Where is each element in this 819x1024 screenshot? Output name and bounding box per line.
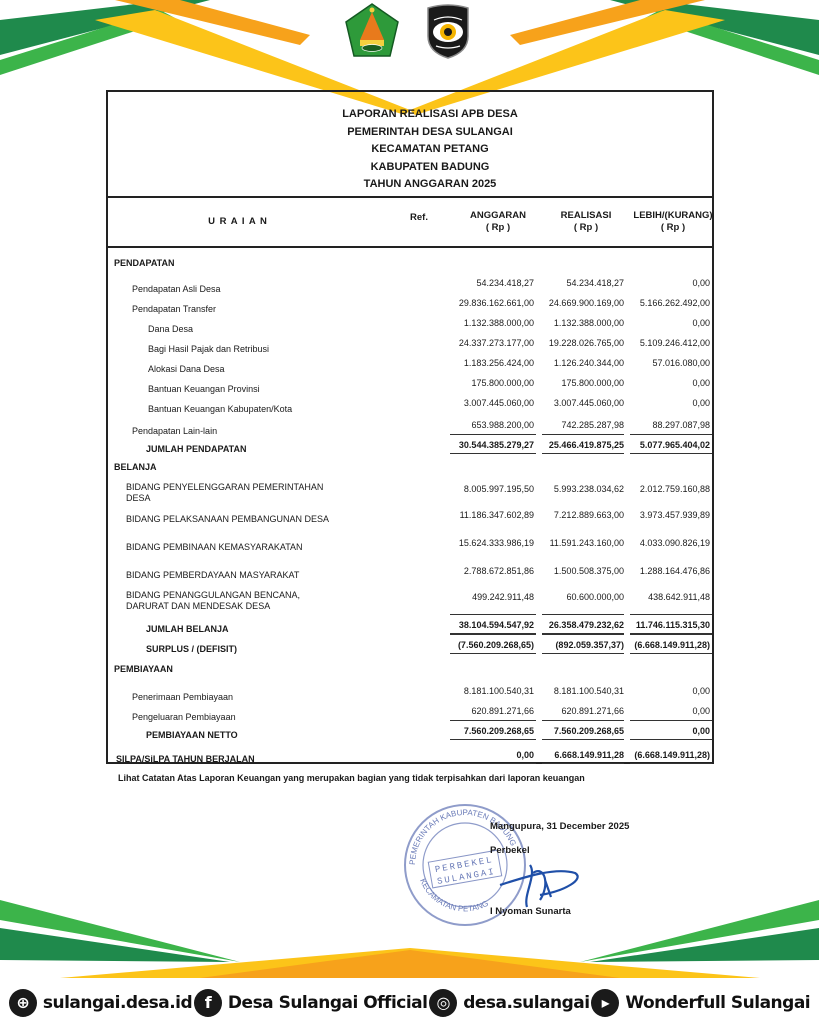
row-label: JUMLAH PENDAPATAN (146, 444, 247, 455)
col-header-anggaran: ANGGARAN ( Rp ) (458, 210, 538, 234)
cell-anggaran: 620.891.271,66 (471, 706, 534, 716)
social-website[interactable]: ⊕ sulangai.desa.id (9, 989, 192, 1017)
col-header-selisih-label: LEBIH/(KURANG) (630, 210, 716, 222)
cell-realisasi: 1.132.388.000,00 (554, 318, 624, 328)
cell-selisih: 3.973.457.939,89 (640, 510, 710, 520)
cell-anggaran: 24.337.273.177,00 (459, 338, 534, 348)
report-table: LAPORAN REALISASI APB DESA PEMERINTAH DE… (106, 90, 714, 764)
report-title: LAPORAN REALISASI APB DESA PEMERINTAH DE… (108, 106, 712, 194)
cell-anggaran: 2.788.672.851,86 (464, 566, 534, 576)
total-underline (542, 653, 624, 654)
bottom-decorative-banner (0, 900, 819, 980)
col-header-realisasi: REALISASI ( Rp ) (546, 210, 626, 234)
total-underline (542, 739, 624, 740)
cell-realisasi: 7.560.209.268,65 (554, 726, 624, 736)
col-header-anggaran-unit: ( Rp ) (458, 222, 538, 234)
cell-selisih: 438.642.911,48 (648, 592, 710, 602)
cell-anggaran: 8.005.997.195,50 (464, 484, 534, 494)
col-header-ref: Ref. (404, 212, 434, 224)
total-underline (630, 720, 712, 721)
instagram-icon: ◎ (429, 989, 457, 1017)
cell-selisih: 0,00 (692, 278, 710, 288)
cell-selisih: 1.288.164.476,86 (640, 566, 710, 576)
total-underline (450, 634, 536, 635)
row-label: SILPA/SiLPA TAHUN BERJALAN (116, 754, 255, 765)
total-underline (630, 614, 712, 615)
header-logos (344, 2, 476, 60)
cell-selisih: 0,00 (692, 706, 710, 716)
cell-selisih: 5.077.965.404,02 (640, 440, 710, 450)
cell-realisasi: 620.891.271,66 (561, 706, 624, 716)
cell-realisasi: 24.669.900.169,00 (549, 298, 624, 308)
row-label: Bagi Hasil Pajak dan Retribusi (148, 344, 269, 355)
row-label: Pendapatan Transfer (132, 304, 216, 315)
title-line-2: PEMERINTAH DESA SULANGAI (108, 124, 712, 142)
col-header-anggaran-label: ANGGARAN (458, 210, 538, 222)
social-instagram-label: desa.sulangai (463, 993, 589, 1013)
row-label: BIDANG PEMBINAAN KEMASYARAKATAN (126, 542, 303, 553)
col-header-selisih: LEBIH/(KURANG) ( Rp ) (630, 210, 716, 234)
row-label: PEMBIAYAAN (114, 664, 173, 675)
kabupaten-badung-logo (344, 2, 400, 60)
cell-realisasi: 1.126.240.344,00 (554, 358, 624, 368)
cell-selisih: (6.668.149.911,28) (634, 640, 710, 650)
cell-anggaran: 3.007.445.060,00 (464, 398, 534, 408)
social-youtube[interactable]: ▸ Wonderfull Sulangai (591, 989, 810, 1017)
cell-anggaran: 54.234.418,27 (476, 278, 534, 288)
row-label: BIDANG PENANGGULANGAN BENCANA,DARURAT DA… (126, 590, 300, 612)
desa-sulangai-logo (420, 2, 476, 60)
row-label: Pendapatan Lain-lain (132, 426, 217, 437)
cell-realisasi: (892.059.357,37) (555, 640, 624, 650)
cell-realisasi: 175.800.000,00 (561, 378, 624, 388)
total-underline (450, 739, 536, 740)
total-underline (630, 653, 712, 654)
cell-selisih: (6.668.149.911,28) (634, 750, 710, 760)
row-label: Pengeluaran Pembiayaan (132, 712, 236, 723)
col-header-realisasi-label: REALISASI (546, 210, 626, 222)
total-underline (630, 739, 712, 740)
total-underline (450, 453, 536, 454)
cell-anggaran: 0,00 (516, 750, 534, 760)
cell-selisih: 57.016.080,00 (652, 358, 710, 368)
cell-selisih: 11.746.115.315,30 (636, 620, 710, 630)
cell-realisasi: 25.466.419.875,25 (549, 440, 624, 450)
total-underline (450, 653, 536, 654)
total-underline (630, 634, 712, 635)
cell-realisasi: 26.358.479.232,62 (549, 620, 624, 630)
total-underline (542, 614, 624, 615)
cell-realisasi: 3.007.445.060,00 (554, 398, 624, 408)
social-website-label: sulangai.desa.id (43, 993, 192, 1013)
row-label: Alokasi Dana Desa (148, 364, 225, 375)
cell-selisih: 0,00 (692, 398, 710, 408)
social-facebook[interactable]: f Desa Sulangai Official (194, 989, 428, 1017)
row-label: BIDANG PENYELENGGARAN PEMERINTAHANDESA (126, 482, 323, 504)
cell-anggaran: 175.800.000,00 (471, 378, 534, 388)
total-underline (542, 434, 624, 435)
cell-selisih: 5.166.262.492,00 (640, 298, 710, 308)
total-underline (542, 763, 624, 764)
cell-realisasi: 6.668.149.911,28 (554, 750, 624, 760)
total-underline (542, 634, 624, 635)
cell-anggaran: 1.132.388.000,00 (464, 318, 534, 328)
row-label: Penerimaan Pembiayaan (132, 692, 233, 703)
cell-realisasi: 5.993.238.034,62 (554, 484, 624, 494)
col-header-selisih-unit: ( Rp ) (630, 222, 716, 234)
row-label: Bantuan Keuangan Provinsi (148, 384, 260, 395)
row-label: BELANJA (114, 462, 157, 473)
cell-realisasi: 11.591.243.160,00 (550, 538, 624, 548)
cell-anggaran: 499.242.911,48 (472, 592, 534, 602)
title-line-3: KECAMATAN PETANG (108, 141, 712, 159)
cell-selisih: 88.297.087,98 (652, 420, 710, 430)
cell-anggaran: 7.560.209.268,65 (464, 726, 534, 736)
youtube-icon: ▸ (591, 989, 619, 1017)
total-underline (450, 614, 536, 615)
row-label: JUMLAH BELANJA (146, 624, 229, 635)
total-underline (630, 453, 712, 454)
row-label: Dana Desa (148, 324, 193, 335)
total-underline (630, 763, 712, 764)
row-label: Pendapatan Asli Desa (132, 284, 221, 295)
cell-anggaran: 8.181.100.540,31 (464, 686, 534, 696)
cell-selisih: 0,00 (692, 318, 710, 328)
total-underline (450, 763, 536, 764)
col-header-uraian: U R A I A N (208, 216, 268, 228)
cell-realisasi: 19.228.026.765,00 (549, 338, 624, 348)
row-label: PENDAPATAN (114, 258, 175, 269)
signature-place-date: Mangupura, 31 December 2025 (490, 821, 629, 832)
cell-anggaran: 653.988.200,00 (471, 420, 534, 430)
row-label: BIDANG PEMBERDAYAAN MASYARAKAT (126, 570, 299, 581)
social-facebook-label: Desa Sulangai Official (228, 993, 428, 1013)
row-label: Bantuan Keuangan Kabupaten/Kota (148, 404, 292, 415)
facebook-icon: f (194, 989, 222, 1017)
cell-realisasi: 1.500.508.375,00 (554, 566, 624, 576)
globe-icon: ⊕ (9, 989, 37, 1017)
total-underline (542, 720, 624, 721)
cell-selisih: 4.033.090.826,19 (640, 538, 710, 548)
total-underline (542, 453, 624, 454)
cell-anggaran: 30.544.385.279,27 (459, 440, 534, 450)
cell-selisih: 5.109.246.412,00 (640, 338, 710, 348)
col-header-realisasi-unit: ( Rp ) (546, 222, 626, 234)
cell-selisih: 0,00 (692, 378, 710, 388)
title-line-4: KABUPATEN BADUNG (108, 159, 712, 177)
total-underline (630, 434, 712, 435)
divider (108, 246, 712, 248)
cell-realisasi: 8.181.100.540,31 (554, 686, 624, 696)
cell-anggaran: 11.186.347.602,89 (460, 510, 534, 520)
row-label: BIDANG PELAKSANAAN PEMBANGUNAN DESA (126, 514, 329, 525)
social-youtube-label: Wonderfull Sulangai (625, 993, 810, 1013)
cell-realisasi: 742.285.287,98 (561, 420, 624, 430)
cell-realisasi: 7.212.889.663,00 (554, 510, 624, 520)
social-instagram[interactable]: ◎ desa.sulangai (429, 989, 589, 1017)
title-line-5: TAHUN ANGGARAN 2025 (108, 176, 712, 194)
cell-realisasi: 60.600.000,00 (566, 592, 624, 602)
total-underline (450, 720, 536, 721)
cell-anggaran: 1.183.256.424,00 (464, 358, 534, 368)
cell-anggaran: (7.560.209.268,65) (458, 640, 534, 650)
cell-anggaran: 38.104.594.547,92 (459, 620, 534, 630)
title-line-1: LAPORAN REALISASI APB DESA (108, 106, 712, 124)
footer-social-links: ⊕ sulangai.desa.id f Desa Sulangai Offic… (0, 985, 819, 1020)
divider (108, 196, 712, 198)
cell-selisih: 0,00 (692, 686, 710, 696)
total-underline (450, 434, 536, 435)
footnote: Lihat Catatan Atas Laporan Keuangan yang… (118, 773, 585, 783)
cell-selisih: 2.012.759.160,88 (640, 484, 710, 494)
cell-realisasi: 54.234.418,27 (566, 278, 624, 288)
cell-anggaran: 29.836.162.661,00 (459, 298, 534, 308)
cell-selisih: 0,00 (692, 726, 710, 736)
cell-anggaran: 15.624.333.986,19 (459, 538, 534, 548)
row-label: SURPLUS / (DEFISIT) (146, 644, 237, 655)
row-label: PEMBIAYAAN NETTO (146, 730, 238, 741)
